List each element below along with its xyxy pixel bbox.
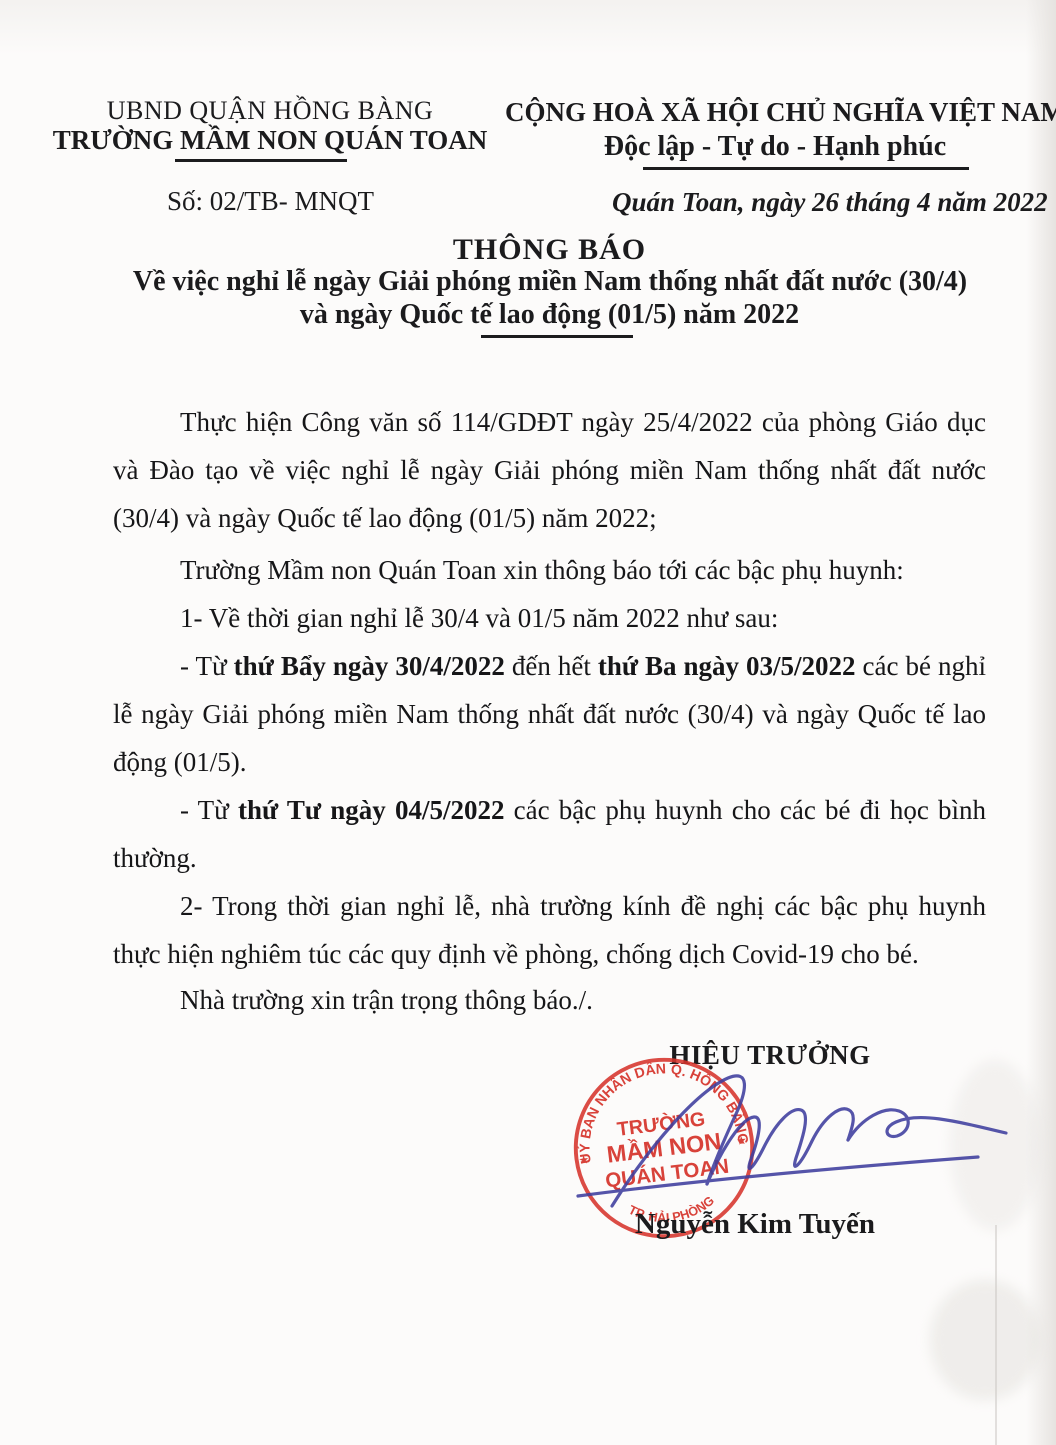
school-name: TRƯỜNG MẦM NON QUÁN TOAN bbox=[40, 125, 500, 156]
handwritten-signature bbox=[550, 1040, 1020, 1230]
school-name-underline bbox=[175, 159, 347, 162]
notice-title: THÔNG BÁO bbox=[113, 233, 986, 267]
paragraph-announce: Trường Mầm non Quán Toan xin thông báo t… bbox=[113, 546, 986, 594]
paragraph-basis: Thực hiện Công văn số 114/GDĐT ngày 25/4… bbox=[113, 398, 986, 542]
paragraph-item-1: 1- Về thời gian nghỉ lễ 30/4 và 01/5 năm… bbox=[113, 594, 986, 642]
motto-underline bbox=[643, 167, 969, 170]
scanned-notice-page: UBND QUẬN HỒNG BÀNG TRƯỜNG MẦM NON QUÁN … bbox=[0, 0, 1056, 1445]
national-motto-line1: CỘNG HOÀ XÃ HỘI CHỦ NGHĨA VIỆT NAM bbox=[505, 97, 1045, 128]
scan-edge-top bbox=[0, 0, 1056, 55]
paragraph-item-2-covid: 2- Trong thời gian nghỉ lễ, nhà trường k… bbox=[113, 882, 986, 978]
paragraph-holiday-dates: - Từ thứ Bẩy ngày 30/4/2022 đến hết thứ … bbox=[113, 642, 986, 786]
subtitle-underline bbox=[481, 335, 633, 338]
notice-subtitle-line2: và ngày Quốc tế lao động (01/5) năm 2022 bbox=[113, 299, 986, 331]
signer-name: Nguyễn Kim Tuyến bbox=[600, 1208, 910, 1241]
scan-blotch bbox=[930, 1280, 1040, 1400]
paragraph-return-date: - Từ thứ Tư ngày 04/5/2022 các bậc phụ h… bbox=[113, 786, 986, 882]
scan-fold-line bbox=[995, 1225, 997, 1445]
paragraph-closing: Nhà trường xin trận trọng thông báo./. bbox=[113, 976, 986, 1024]
issuing-authority: UBND QUẬN HỒNG BÀNG bbox=[60, 96, 480, 126]
notice-subtitle-line1: Về việc nghỉ lễ ngày Giải phóng miền Nam… bbox=[90, 266, 1010, 298]
place-and-date: Quán Toan, ngày 26 tháng 4 năm 2022 bbox=[612, 187, 1048, 218]
national-motto-line2: Độc lập - Tự do - Hạnh phúc bbox=[505, 131, 1045, 163]
document-number: Số: 02/TB- MNQT bbox=[167, 186, 374, 217]
